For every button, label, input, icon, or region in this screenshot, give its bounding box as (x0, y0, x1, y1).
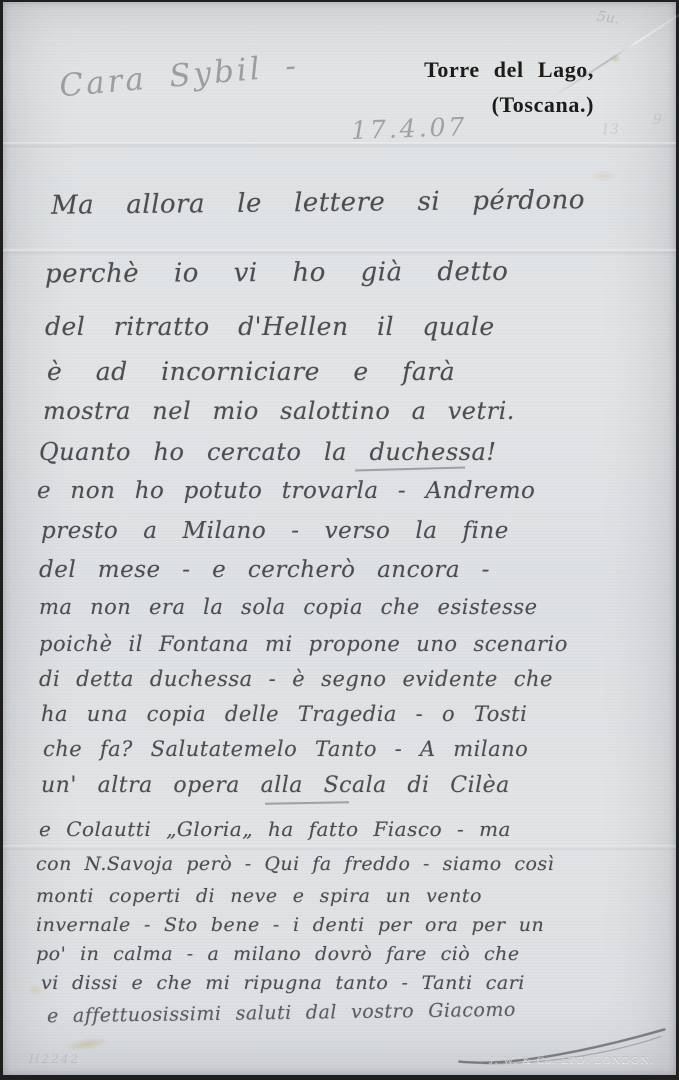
handwritten-line: Ma allora le lettere si pérdono (51, 185, 585, 221)
pencil-side-mark: 13 (601, 122, 619, 138)
pencil-corner-mark: 5u. (596, 9, 620, 28)
paper-stain (609, 54, 621, 63)
fold-crease (3, 845, 676, 851)
handwritten-line: poichè il Fontana mi propone uno scenari… (39, 632, 568, 656)
fold-crease (3, 249, 676, 255)
underline-duchessa (355, 467, 465, 472)
fold-crease (3, 142, 676, 148)
handwritten-line: è ad incorniciare e farà (47, 357, 455, 386)
handwritten-line: e non ho potuto trovarla - Andremo (37, 478, 535, 504)
paper-stain (591, 170, 617, 182)
pencil-greeting: Cara Sybil - (58, 48, 300, 105)
handwritten-line: monti coperti di neve e spira un vento (36, 885, 482, 907)
handwritten-line: che fa? Salutatemelo Tanto - A milano (43, 737, 528, 761)
handwritten-line: e affettuosissimi saluti dal vostro Giac… (47, 999, 516, 1028)
handwritten-line: del mese - e cercherò ancora - (39, 557, 490, 583)
handwritten-line: Quanto ho cercato la duchessa! (39, 438, 496, 466)
stationer-mark: J. W. & Co. LTD. LONDON. (489, 1054, 654, 1066)
paper-sheet: Torre del Lago, (Toscana.) Cara Sybil - … (3, 2, 676, 1075)
letter-scan: { "letter": { "description": "Scanned ha… (0, 0, 679, 1080)
handwritten-line: di detta duchessa - è segno evidente che (39, 667, 553, 691)
handwritten-line: po' in calma - a milano dovrò fare ciò c… (36, 943, 520, 965)
handwritten-line: perchè io vi ho già detto (45, 257, 509, 289)
underline-scala (265, 801, 349, 804)
pencil-date: 17.4.07 (351, 112, 468, 145)
handwritten-line: con N.Savoja però - Qui fa freddo - siam… (36, 853, 554, 875)
pencil-side-mark: 9 (653, 112, 662, 128)
handwritten-line: del ritratto d'Hellen il quale (45, 312, 495, 341)
handwritten-line: vi dissi e che mi ripugna tanto - Tanti … (41, 972, 525, 994)
archive-number: H2242 (29, 1052, 80, 1066)
handwritten-line: un' altra opera alla Scala di Cilèa (41, 773, 510, 798)
letterhead: Torre del Lago, (Toscana.) (424, 52, 594, 122)
handwritten-line: presto a Milano - verso la fine (41, 518, 509, 544)
letterhead-place: Torre del Lago, (424, 52, 594, 87)
handwritten-line: mostra nel mio salottino a vetri. (43, 397, 515, 425)
handwritten-line: invernale - Sto bene - i denti per ora p… (36, 914, 544, 936)
handwritten-line: ma non era la sola copia che esistesse (39, 595, 538, 619)
handwritten-line: ha una copia delle Tragedia - o Tosti (41, 702, 527, 726)
paper-stain (64, 1035, 109, 1053)
handwritten-line: e Colautti „Gloria„ ha fatto Fiasco - ma (39, 817, 511, 841)
